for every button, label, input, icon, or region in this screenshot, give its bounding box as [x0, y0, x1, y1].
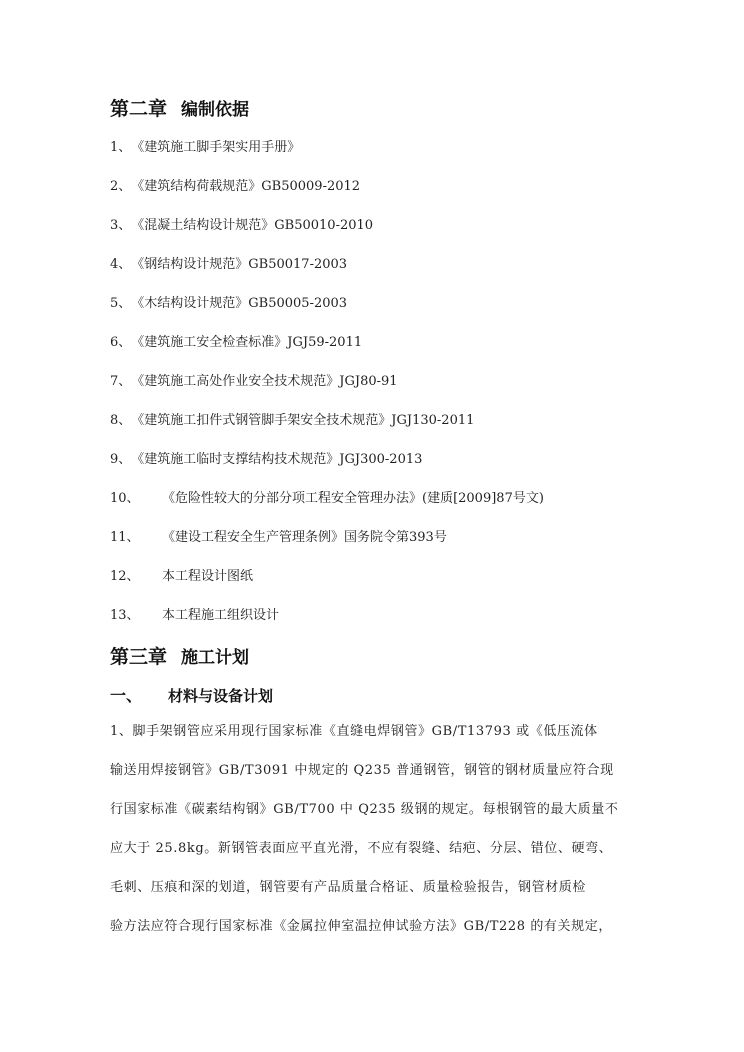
section-heading: 一、材料与设备计划	[110, 685, 273, 707]
reference-item: 13、本工程施工组织设计	[110, 607, 279, 625]
reference-number: 6、	[110, 334, 131, 352]
reference-number: 13、	[110, 607, 162, 625]
reference-text: 《钢结构设计规范》GB50017-2003	[131, 257, 347, 272]
reference-number: 10、	[110, 490, 162, 508]
reference-text: 《建筑结构荷载规范》GB50009-2012	[131, 179, 360, 194]
reference-number: 2、	[110, 178, 131, 196]
reference-text: 《危险性较大的分部分项工程安全管理办法》(建质[2009]87号文)	[162, 491, 544, 506]
reference-number: 12、	[110, 568, 162, 586]
reference-item: 12、本工程设计图纸	[110, 568, 253, 586]
reference-number: 1、	[110, 139, 131, 157]
paragraph-line: 输送用焊接钢管》GB/T3091 中规定的 Q235 普通钢管，钢管的钢材质量应…	[110, 762, 640, 801]
chapter-number: 第三章	[110, 646, 167, 668]
paragraph-line: 毛刺、压痕和深的划道，钢管要有产品质量合格证、质量检验报告，钢管材质检	[110, 879, 640, 918]
reference-item: 1、《建筑施工脚手架实用手册》	[110, 139, 300, 157]
paragraph-line: 1、脚手架钢管应采用现行国家标准《直缝电焊钢管》GB/T13793 或《低压流体	[110, 723, 640, 762]
reference-text: 《建筑施工脚手架实用手册》	[131, 140, 300, 155]
chapter-title: 编制依据	[181, 100, 249, 120]
reference-item: 7、《建筑施工高处作业安全技术规范》JGJ80-91	[110, 373, 398, 391]
section-title: 材料与设备计划	[168, 687, 273, 705]
reference-text: 《建筑施工高处作业安全技术规范》JGJ80-91	[131, 374, 397, 389]
reference-item: 8、《建筑施工扣件式钢管脚手架安全技术规范》JGJ130-2011	[110, 412, 474, 430]
reference-number: 3、	[110, 217, 131, 235]
reference-item: 6、《建筑施工安全检查标准》JGJ59-2011	[110, 334, 362, 352]
reference-item: 2、《建筑结构荷载规范》GB50009-2012	[110, 178, 360, 196]
reference-text: 《建筑施工扣件式钢管脚手架安全技术规范》JGJ130-2011	[131, 413, 474, 428]
reference-text: 本工程施工组织设计	[162, 608, 279, 623]
document-page: 第二章编制依据 1、《建筑施工脚手架实用手册》 2、《建筑结构荷载规范》GB50…	[0, 0, 744, 1052]
reference-text: 《混凝土结构设计规范》GB50010-2010	[131, 218, 373, 233]
reference-number: 5、	[110, 295, 131, 313]
paragraph-line: 验方法应符合现行国家标准《金属拉伸室温拉伸试验方法》GB/T228 的有关规定，	[110, 918, 640, 957]
reference-text: 《建筑施工安全检查标准》JGJ59-2011	[131, 335, 362, 350]
body-paragraph: 1、脚手架钢管应采用现行国家标准《直缝电焊钢管》GB/T13793 或《低压流体…	[110, 723, 640, 957]
reference-item: 3、《混凝土结构设计规范》GB50010-2010	[110, 217, 373, 235]
chapter-heading-3: 第三章施工计划	[110, 645, 249, 670]
reference-item: 10、《危险性较大的分部分项工程安全管理办法》(建质[2009]87号文)	[110, 490, 544, 508]
reference-number: 8、	[110, 412, 131, 430]
reference-item: 11、《建设工程安全生产管理条例》国务院令第393号	[110, 529, 447, 547]
reference-number: 11、	[110, 529, 162, 547]
paragraph-line: 应大于 25.8kg。新钢管表面应平直光滑，不应有裂缝、结疤、分层、错位、硬弯、	[110, 840, 640, 879]
chapter-title: 施工计划	[181, 648, 249, 668]
section-number: 一、	[110, 686, 142, 705]
chapter-heading-2: 第二章编制依据	[110, 97, 249, 122]
reference-number: 7、	[110, 373, 131, 391]
chapter-number: 第二章	[110, 98, 167, 120]
paragraph-line: 行国家标准《碳素结构钢》GB/T700 中 Q235 级钢的规定。每根钢管的最大…	[110, 801, 640, 840]
reference-text: 《建设工程安全生产管理条例》国务院令第393号	[162, 530, 447, 545]
reference-text: 《建筑施工临时支撑结构技术规范》JGJ300-2013	[131, 452, 422, 467]
reference-text: 《木结构设计规范》GB50005-2003	[131, 296, 347, 311]
reference-item: 5、《木结构设计规范》GB50005-2003	[110, 295, 347, 313]
reference-item: 9、《建筑施工临时支撑结构技术规范》JGJ300-2013	[110, 451, 422, 469]
reference-number: 9、	[110, 451, 131, 469]
reference-number: 4、	[110, 256, 131, 274]
reference-text: 本工程设计图纸	[162, 569, 253, 584]
reference-item: 4、《钢结构设计规范》GB50017-2003	[110, 256, 347, 274]
